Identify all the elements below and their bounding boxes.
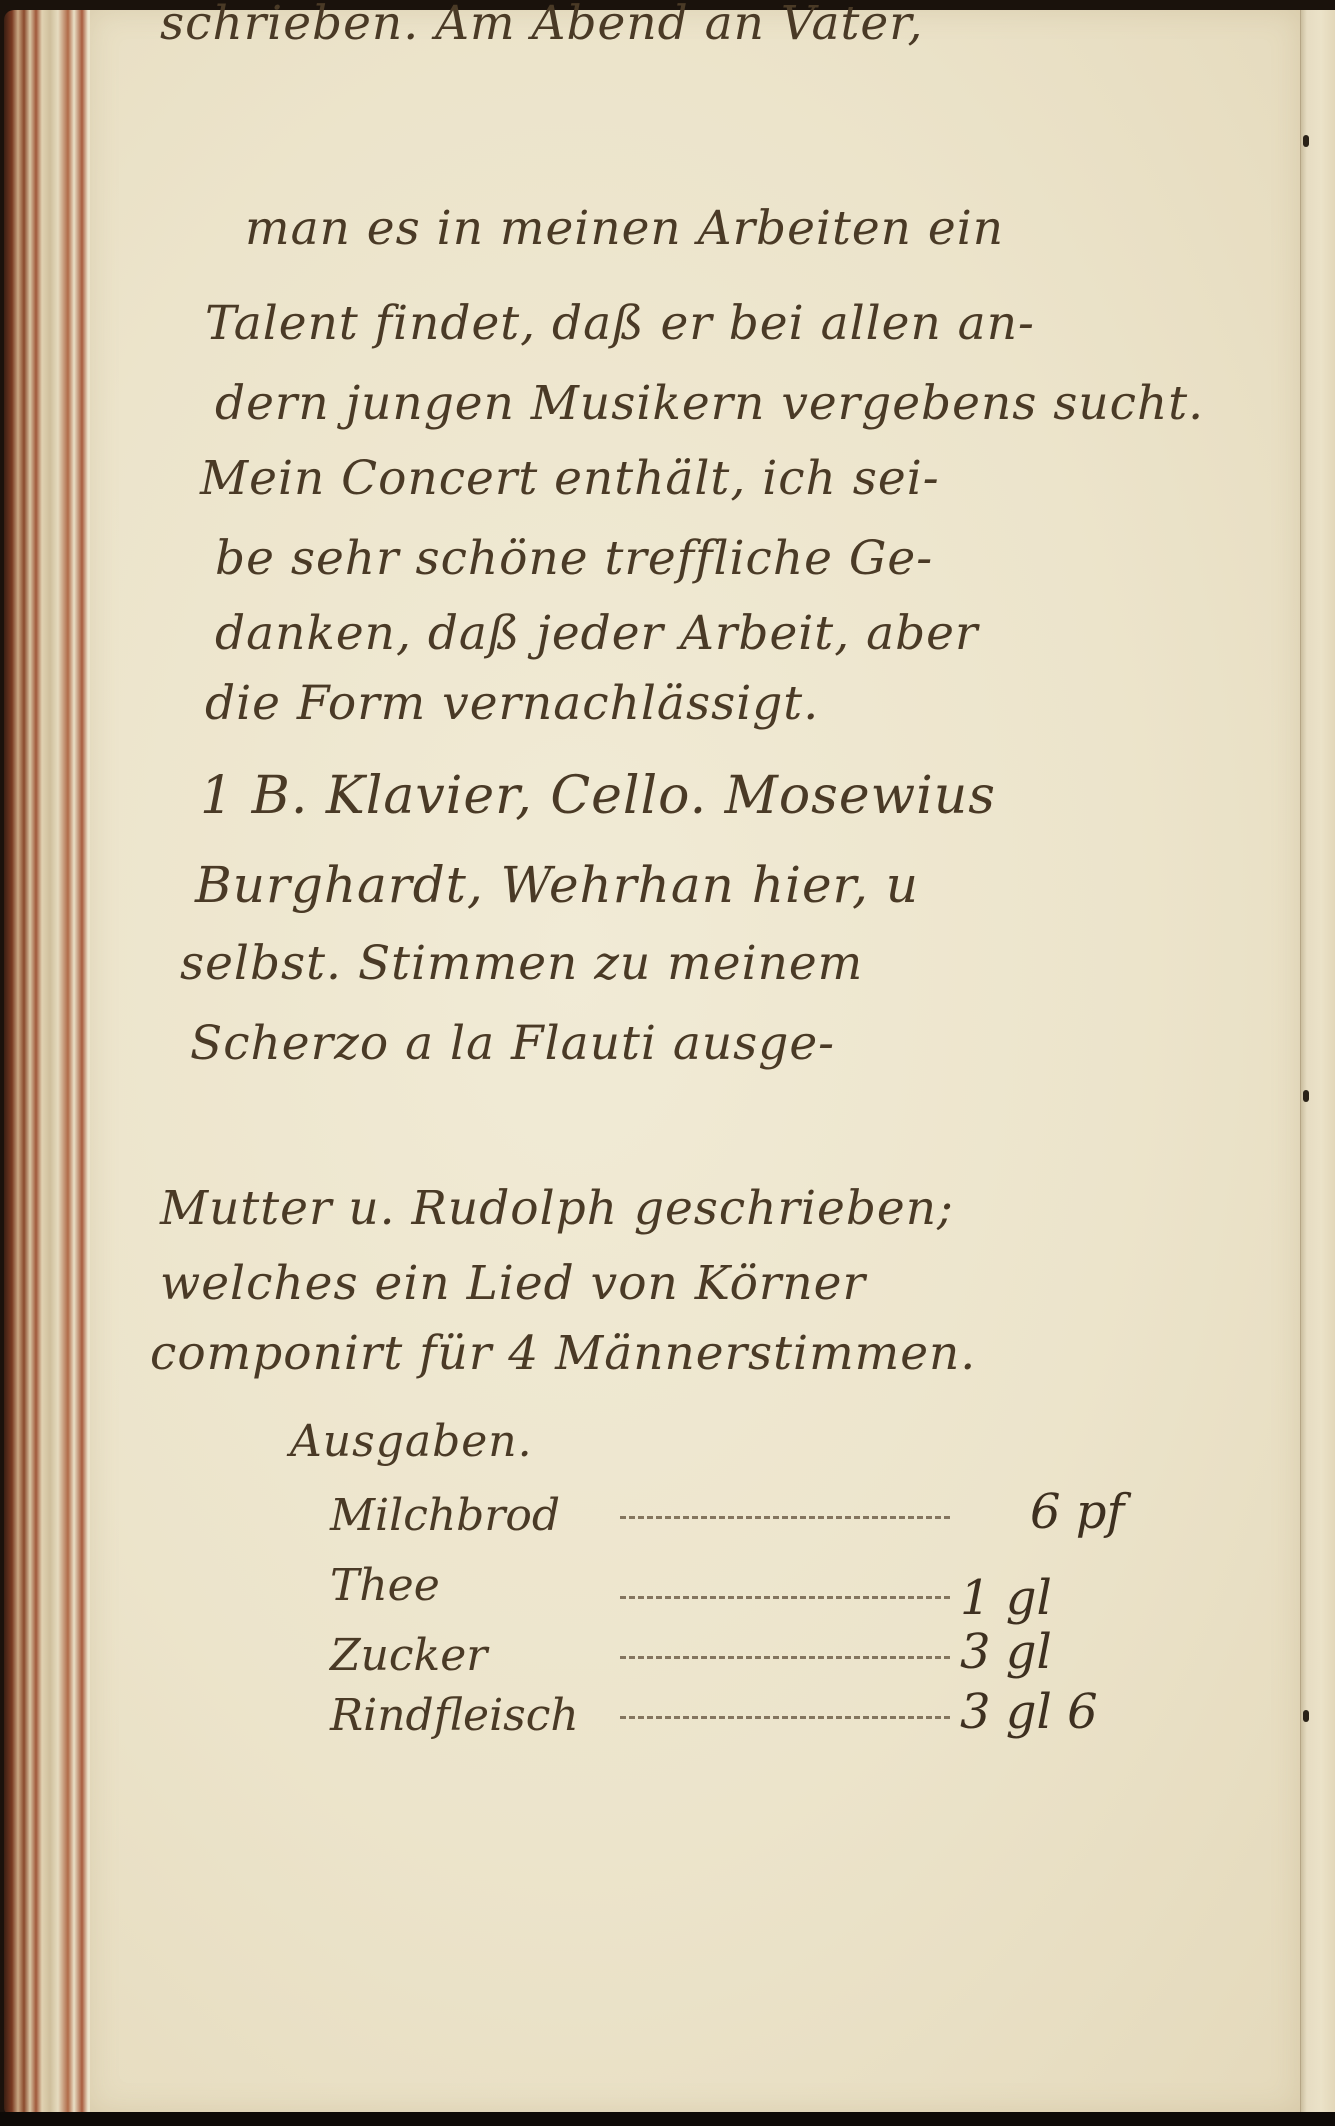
expense-item: Milchbrod bbox=[330, 1490, 560, 1541]
expenses-heading: Ausgaben. bbox=[290, 1420, 533, 1464]
page-edges-stack bbox=[4, 10, 94, 2114]
leader-dashes bbox=[620, 1656, 950, 1663]
text-line: danken, daß jeder Arbeit, aber bbox=[215, 610, 978, 657]
binding-stitch bbox=[1303, 1090, 1309, 1102]
expense-item: Thee bbox=[330, 1560, 440, 1611]
text-line: Mein Concert enthält, ich sei- bbox=[200, 455, 940, 502]
text-line: Talent findet, daß er bei allen an- bbox=[205, 300, 1035, 347]
expense-entry: Milchbrod 6 pf bbox=[0, 1490, 1335, 1550]
expense-amount: 6 pf bbox=[1030, 1484, 1124, 1540]
text-line: componirt für 4 Männerstimmen. bbox=[150, 1330, 976, 1377]
text-line: man es in meinen Arbeiten ein bbox=[245, 205, 1004, 252]
text-line: Burghardt, Wehrhan hier, u bbox=[195, 860, 919, 910]
expense-amount: 3 gl 6 bbox=[960, 1684, 1098, 1740]
text-line: 1 B. Klavier, Cello. Mosewius bbox=[200, 770, 996, 822]
expense-entry: Thee 1 gl bbox=[0, 1560, 1335, 1620]
gutter-facing-page bbox=[1300, 10, 1335, 2112]
text-line: be sehr schöne treffliche Ge- bbox=[215, 535, 933, 582]
leader-dashes bbox=[620, 1716, 950, 1723]
expense-entry: Zucker 3 gl bbox=[0, 1630, 1335, 1690]
text-line: selbst. Stimmen zu meinem bbox=[180, 940, 863, 987]
text-line: Scherzo a la Flauti ausge- bbox=[190, 1020, 835, 1067]
leader-dashes bbox=[620, 1596, 950, 1603]
expense-item: Zucker bbox=[330, 1630, 487, 1681]
expense-amount: 3 gl bbox=[960, 1624, 1052, 1680]
text-line: welches ein Lied von Körner bbox=[160, 1260, 866, 1307]
expense-item: Rindfleisch bbox=[330, 1690, 579, 1741]
text-line: Mutter u. Rudolph geschrieben; bbox=[160, 1185, 954, 1232]
expense-entry: Rindfleisch 3 gl 6 bbox=[0, 1690, 1335, 1750]
expense-amount: 1 gl bbox=[960, 1570, 1052, 1626]
text-line: die Form vernachlässigt. bbox=[205, 680, 819, 727]
text-line: schrieben. Am Abend an Vater, bbox=[160, 0, 924, 47]
scan-bottom-edge bbox=[0, 2112, 1335, 2126]
binding-stitch bbox=[1303, 135, 1309, 147]
book-scan: man es in meinen Arbeiten ein Talent fin… bbox=[0, 0, 1335, 2126]
text-line: dern jungen Musikern vergebens sucht. bbox=[215, 380, 1204, 427]
leader-dashes bbox=[620, 1516, 950, 1523]
